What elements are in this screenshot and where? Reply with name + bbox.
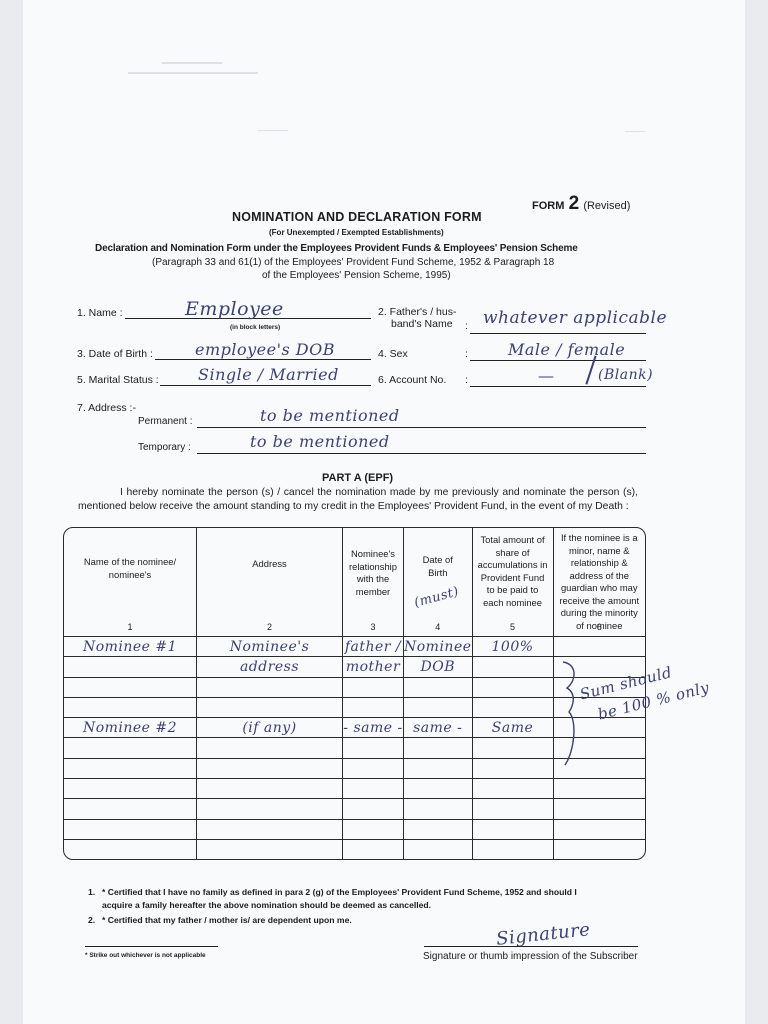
cell-address[interactable] bbox=[197, 738, 343, 758]
permanent-address-label: Permanent : bbox=[138, 416, 192, 427]
scan-artifact bbox=[128, 72, 258, 74]
cell-nominee-name[interactable] bbox=[64, 738, 197, 758]
father-husband-underline bbox=[470, 333, 646, 334]
sex-label: 4. Sex bbox=[378, 348, 408, 360]
cell-date-of-birth[interactable] bbox=[404, 678, 473, 698]
marital-status-label: 5. Marital Status : bbox=[77, 374, 159, 386]
form-number-tag: FORM 2 (Revised) bbox=[532, 193, 630, 215]
cell-relationship[interactable]: father / bbox=[343, 637, 404, 657]
cell-address[interactable] bbox=[197, 759, 343, 779]
certification-2-number: 2. bbox=[88, 914, 95, 926]
form-number: 2 bbox=[569, 193, 580, 214]
address-label: 7. Address :- bbox=[77, 402, 136, 414]
sex-colon: : bbox=[465, 348, 468, 360]
signature-line bbox=[424, 946, 638, 947]
cell-date-of-birth[interactable] bbox=[404, 820, 473, 840]
scan-artifact bbox=[625, 131, 645, 132]
part-a-intro: I hereby nominate the person (s) / cance… bbox=[78, 486, 638, 513]
form-prefix: FORM bbox=[532, 200, 564, 212]
cell-share-amount[interactable] bbox=[473, 698, 554, 718]
paragraph-reference-1: (Paragraph 33 and 61(1) of the Employees… bbox=[152, 257, 554, 268]
cell-nominee-name[interactable] bbox=[64, 759, 197, 779]
cell-guardian[interactable] bbox=[554, 779, 645, 799]
signature-caption: Signature or thumb impression of the Sub… bbox=[423, 951, 638, 962]
father-husband-label-line2: band's Name bbox=[378, 318, 456, 330]
part-a-intro-text: I hereby nominate the person (s) / cance… bbox=[78, 487, 638, 512]
cell-guardian[interactable] bbox=[554, 637, 645, 657]
column-header-share-amount: Total amount of share of accumulations i… bbox=[473, 528, 554, 637]
cell-nominee-name[interactable]: Nominee #2 bbox=[64, 718, 197, 738]
certification-2-line1: * Certified that my father / mother is/ … bbox=[102, 914, 352, 926]
cell-address[interactable]: (if any) bbox=[197, 718, 343, 738]
cell-relationship[interactable] bbox=[343, 820, 404, 840]
column-header-address: Address2 bbox=[197, 528, 343, 637]
cell-nominee-name[interactable] bbox=[64, 840, 197, 859]
account-no-value[interactable]: — bbox=[538, 366, 555, 385]
cell-date-of-birth[interactable] bbox=[404, 738, 473, 758]
account-no-label: 6. Account No. bbox=[378, 374, 446, 386]
cell-address[interactable] bbox=[197, 678, 343, 698]
cell-guardian[interactable] bbox=[554, 820, 645, 840]
father-husband-value[interactable]: whatever applicable bbox=[483, 308, 667, 328]
cell-relationship[interactable] bbox=[343, 840, 404, 859]
cell-guardian[interactable] bbox=[554, 840, 645, 859]
cell-nominee-name[interactable]: Nominee #1 bbox=[64, 637, 197, 657]
account-no-underline bbox=[470, 386, 646, 387]
cell-relationship[interactable]: mother bbox=[343, 657, 404, 677]
cell-share-amount[interactable] bbox=[473, 840, 554, 859]
cell-share-amount[interactable] bbox=[473, 799, 554, 819]
form-suffix: (Revised) bbox=[583, 200, 630, 212]
father-husband-label-line1: 2. Father's / hus- bbox=[378, 306, 456, 318]
cell-share-amount[interactable]: Same bbox=[473, 718, 554, 738]
name-label: 1. Name : bbox=[77, 307, 123, 319]
certification-1-number: 1. bbox=[88, 886, 95, 898]
temporary-address-label: Temporary : bbox=[138, 442, 191, 453]
column-header-nominee-name: Name of the nominee/ nominee's1 bbox=[64, 528, 197, 637]
cell-address[interactable] bbox=[197, 840, 343, 859]
cell-share-amount[interactable] bbox=[473, 820, 554, 840]
father-husband-colon: : bbox=[465, 320, 468, 332]
cell-date-of-birth[interactable]: same - bbox=[404, 718, 473, 738]
cell-guardian[interactable] bbox=[554, 799, 645, 819]
cell-share-amount[interactable]: 100% bbox=[473, 637, 554, 657]
scan-artifact bbox=[258, 130, 288, 131]
marital-status-underline bbox=[160, 385, 371, 386]
table-row bbox=[64, 799, 645, 819]
sex-value[interactable]: Male / female bbox=[508, 340, 625, 359]
permanent-address-value[interactable]: to be mentioned bbox=[260, 406, 400, 425]
cell-relationship[interactable] bbox=[343, 678, 404, 698]
cell-share-amount[interactable] bbox=[473, 738, 554, 758]
table-row: Nominee #1Nominee'sfather /Nominee100% bbox=[64, 637, 645, 657]
part-a-title: PART A (EPF) bbox=[322, 472, 393, 484]
cell-date-of-birth[interactable] bbox=[404, 799, 473, 819]
column-header-guardian: If the nominee is a minor, name & relati… bbox=[554, 528, 645, 637]
paragraph-reference-2: of the Employees' Pension Scheme, 1995) bbox=[262, 270, 451, 281]
form-title: NOMINATION AND DECLARATION FORM bbox=[232, 210, 482, 224]
column-header-date-of-birth: Date of Birth(must)4 bbox=[404, 528, 473, 637]
declaration-heading: Declaration and Nomination Form under th… bbox=[95, 243, 578, 254]
cell-share-amount[interactable] bbox=[473, 759, 554, 779]
certification-1-line2: acquire a family hereafter the above nom… bbox=[102, 899, 431, 911]
name-hint: (in block letters) bbox=[230, 324, 280, 331]
cell-date-of-birth[interactable] bbox=[404, 759, 473, 779]
permanent-address-underline bbox=[197, 427, 646, 428]
cell-nominee-name[interactable] bbox=[64, 820, 197, 840]
cell-address[interactable] bbox=[197, 799, 343, 819]
certification-1-line1: * Certified that I have no family as def… bbox=[102, 886, 577, 898]
table-row bbox=[64, 840, 645, 859]
cell-address[interactable]: address bbox=[197, 657, 343, 677]
cell-date-of-birth[interactable] bbox=[404, 698, 473, 718]
cell-address[interactable] bbox=[197, 698, 343, 718]
temporary-address-value[interactable]: to be mentioned bbox=[250, 432, 390, 451]
name-value[interactable]: Employee bbox=[185, 298, 284, 320]
cell-date-of-birth[interactable] bbox=[404, 779, 473, 799]
table-row bbox=[64, 820, 645, 840]
temporary-address-underline bbox=[197, 453, 646, 454]
account-no-note: (Blank) bbox=[598, 367, 653, 383]
account-no-colon: : bbox=[465, 374, 468, 386]
table-row bbox=[64, 779, 645, 799]
dob-value[interactable]: employee's DOB bbox=[195, 340, 335, 359]
cell-date-of-birth[interactable]: DOB bbox=[404, 657, 473, 677]
footnote-rule bbox=[85, 946, 218, 947]
form-subtitle: (For Unexempted / Exempted Establishment… bbox=[269, 228, 444, 237]
cell-relationship[interactable] bbox=[343, 779, 404, 799]
cell-relationship[interactable] bbox=[343, 799, 404, 819]
cell-address[interactable] bbox=[197, 820, 343, 840]
cell-relationship[interactable] bbox=[343, 759, 404, 779]
cell-address[interactable] bbox=[197, 779, 343, 799]
father-husband-label: 2. Father's / hus- band's Name bbox=[378, 306, 456, 330]
footnote: * Strike out whichever is not applicable bbox=[85, 952, 206, 959]
scan-artifact bbox=[162, 62, 222, 64]
dob-underline bbox=[155, 359, 371, 360]
cell-relationship[interactable] bbox=[343, 698, 404, 718]
cell-address[interactable]: Nominee's bbox=[197, 637, 343, 657]
cell-date-of-birth[interactable]: Nominee bbox=[404, 637, 473, 657]
cell-relationship[interactable]: - same - bbox=[343, 718, 404, 738]
cell-nominee-name[interactable] bbox=[64, 799, 197, 819]
cell-relationship[interactable] bbox=[343, 738, 404, 758]
cell-nominee-name[interactable] bbox=[64, 779, 197, 799]
cell-date-of-birth[interactable] bbox=[404, 840, 473, 859]
dob-label: 3. Date of Birth : bbox=[77, 348, 153, 360]
dob-must-annotation: (must) bbox=[413, 586, 460, 610]
cell-share-amount[interactable] bbox=[473, 657, 554, 677]
sex-underline bbox=[470, 360, 646, 361]
cell-nominee-name[interactable] bbox=[64, 678, 197, 698]
marital-status-value[interactable]: Single / Married bbox=[198, 365, 339, 384]
brace-mark bbox=[555, 660, 585, 770]
table-header-row: Name of the nominee/ nominee's1 Address2… bbox=[64, 528, 645, 637]
cell-share-amount[interactable] bbox=[473, 678, 554, 698]
cell-share-amount[interactable] bbox=[473, 779, 554, 799]
column-header-relationship: Nominee's relationship with the member3 bbox=[343, 528, 404, 637]
cell-nominee-name[interactable] bbox=[64, 698, 197, 718]
cell-nominee-name[interactable] bbox=[64, 657, 197, 677]
